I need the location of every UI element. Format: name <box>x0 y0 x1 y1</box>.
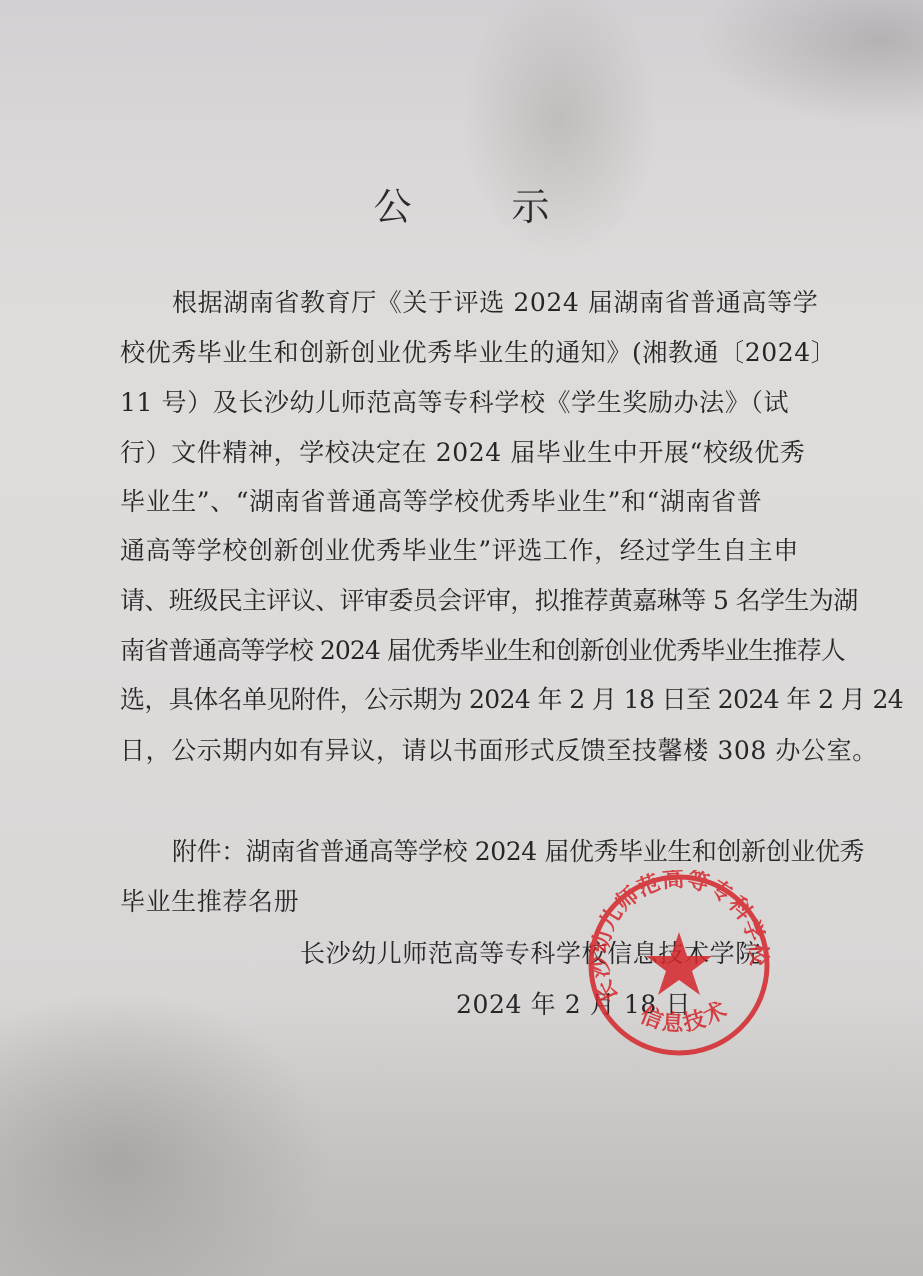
document-title: 公 示 <box>0 176 923 231</box>
star-icon <box>646 932 712 995</box>
body-line: 毕业生”、“湖南省普通高等学校优秀毕业生”和“湖南省普 <box>120 482 810 518</box>
body-line: 请、班级民主评议、评审委员会评审，拟推荐黄嘉琳等 5 名学生为湖 <box>120 581 810 617</box>
paper-shadow <box>0 990 923 1276</box>
body-line: 日，公示期内如有异议，请以书面形式反馈至技馨楼 308 办公室。 <box>120 731 810 767</box>
body-line: 行）文件精神，学校决定在 2024 届毕业生中开展“校级优秀 <box>120 433 810 469</box>
official-seal: 长沙幼儿师范高等专科学校 信息技术学院 <box>584 870 774 1060</box>
body-line: 选，具体名单见附件，公示期为 2024 年 2 月 18 日至 2024 年 2… <box>120 680 810 716</box>
body-line: 通高等学校创新创业优秀毕业生”评选工作，经过学生自主申 <box>120 531 810 567</box>
attachment-line: 附件：湖南省普通高等学校 2024 届优秀毕业生和创新创业优秀 <box>172 832 862 868</box>
body-line: 校优秀毕业生和创新创业优秀毕业生的通知》(湘教通〔2024〕 <box>120 333 810 369</box>
body-line: 11 号）及长沙幼儿师范高等专科学校《学生奖励办法》（试 <box>120 383 810 419</box>
body-line: 南省普通高等学校 2024 届优秀毕业生和创新创业优秀毕业生推荐人 <box>120 631 810 667</box>
body-line: 根据湖南省教育厅《关于评选 2024 届湖南省普通高等学 <box>172 283 862 319</box>
